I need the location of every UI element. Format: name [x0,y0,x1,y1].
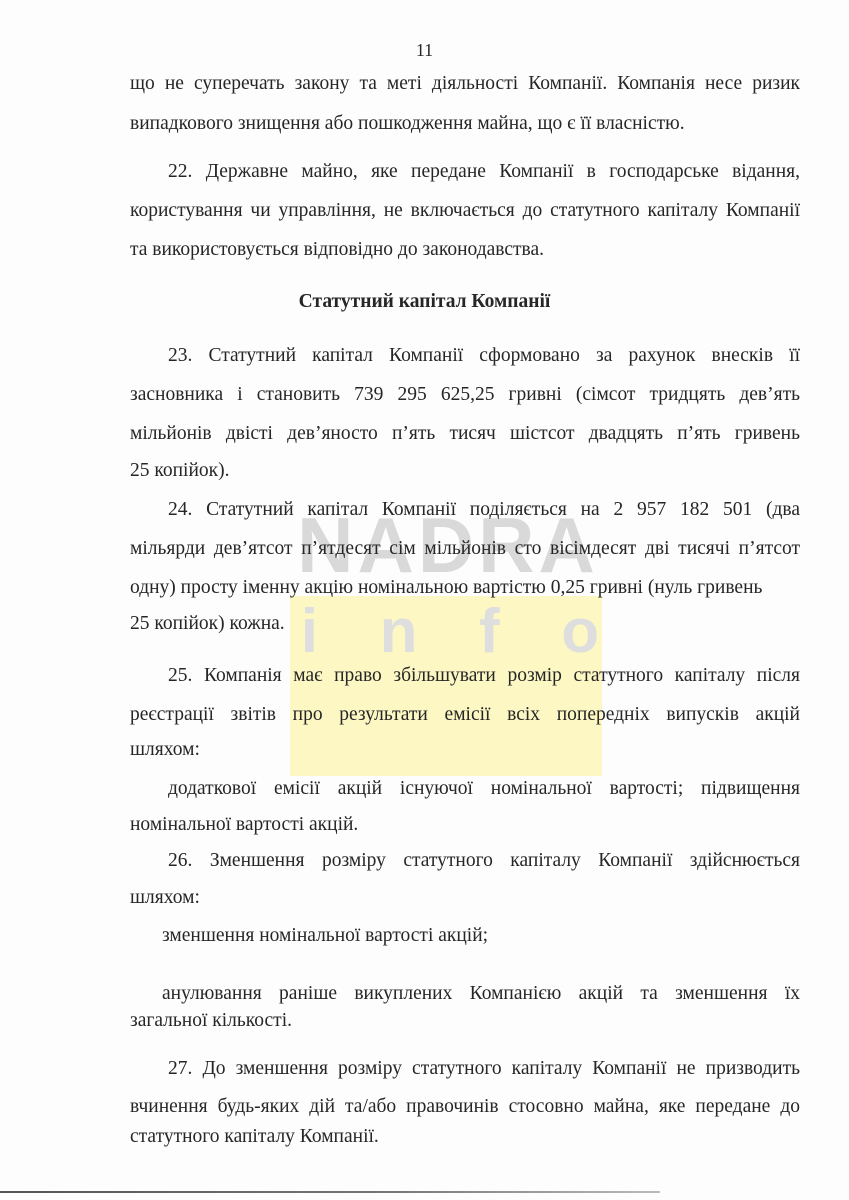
page-number: 11 [0,40,849,61]
watermark-info: i n f o [270,600,630,664]
text-line: вчинення будь-яких дій та/або правочинів… [130,1095,800,1119]
text-line: анулювання раніше викуплених Компанією а… [162,982,800,1006]
text-line: випадкового знищення або пошкодження май… [130,112,685,136]
text-line: що не суперечать закону та меті діяльнос… [130,72,800,96]
text-line: 26. Зменшення розміру статутного капітал… [168,849,800,873]
text-line: статутного капіталу Компанії. [130,1125,379,1149]
text-line: мільйонів двісті дев’яносто п’ять тисяч … [130,422,800,446]
text-line: шляхом: [130,738,200,762]
watermark-info-letter: f [479,600,500,664]
text-line: користування чи управління, не включаєть… [130,199,800,223]
text-line: 23. Статутний капітал Компанії сформован… [168,344,800,368]
section-heading: Статутний капітал Компанії [0,291,849,313]
text-line: шляхом: [130,886,200,910]
text-line: зменшення номінальної вартості акцій; [162,924,488,948]
text-line: 27. До зменшення розміру статутного капі… [168,1057,800,1081]
text-line: 25 копійок) кожна. [130,612,285,636]
text-line: мільярди дев’ятсот п’ятдесят сім мільйон… [130,537,800,561]
watermark-info-letter: i [301,600,318,664]
text-line: номінальної вартості акцій. [130,813,358,837]
watermark-info-letter: n [380,600,418,664]
text-line: одну) просту іменну акцію номінальною ва… [130,576,762,600]
text-line: 22. Державне майно, яке передане Компані… [168,160,800,184]
text-line: загальної кількості. [130,1009,292,1033]
text-line: та використовується відповідно до законо… [130,238,544,262]
bottom-rule [0,1191,660,1193]
text-line: реєстрації звітів про результати емісії … [130,703,800,727]
text-line: 25. Компанія має право збільшувати розмі… [168,664,800,688]
text-line: 24. Статутний капітал Компанії поділяєть… [168,498,800,522]
text-line: додаткової емісії акцій існуючої номінал… [168,777,800,801]
text-line: засновника і становить 739 295 625,25 гр… [130,383,800,407]
watermark-info-letter: o [561,600,599,664]
text-line: 25 копійок). [130,459,230,483]
